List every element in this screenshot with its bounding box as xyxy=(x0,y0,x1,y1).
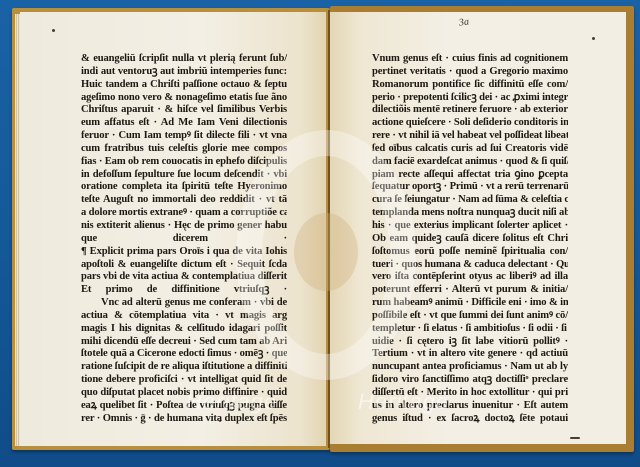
text-line: poſſibile eſt · vt que ſummi dei ſunt an… xyxy=(372,310,568,323)
text-line: nis extiterit alienus · Hęc de primo gen… xyxy=(81,220,287,233)
text-line: vero iſta contēpſerint otyus ac liberiꝰ … xyxy=(372,271,568,284)
text-line: ſequatur oportꝫ · Primū · vt a rerū terr… xyxy=(372,181,568,194)
text-line: rere · vt nihil iā vel habeat vel poſſid… xyxy=(372,130,568,143)
text-line: rum habeamꝰ animū · Difficile eni · imo … xyxy=(372,297,568,310)
text-line: fias · Eam ob rem couocatis in ephefo di… xyxy=(81,156,287,169)
text-line: pars vbi de vita actiua & contemplatiua … xyxy=(81,271,287,284)
text-line: Vnc ad alterū genus me conferam · vbi de xyxy=(81,297,287,310)
paper-spot xyxy=(570,437,580,439)
text-line: a dolore mortis extraneꝰ · quam a corrup… xyxy=(81,207,287,220)
text-line: apoſtoli & euangeliſte dictum eſt · Sequ… xyxy=(81,259,287,272)
text-line: Ob eam quideꝫ cauſā dicere ſolitus eſt C… xyxy=(372,233,568,246)
text-line: & euangeliū ſcripſit nulla vt plerią fer… xyxy=(81,53,287,66)
text-line: ſidoro viro ſanctiſſimo atqꝫ doctiſſiᵒ p… xyxy=(372,374,568,387)
text-line: his · que exterius implicant ſolerter ap… xyxy=(372,220,568,233)
text-line: cum fratribus tuis celeſtis glorie mee c… xyxy=(81,143,287,156)
text-line: Et primo de diffinitione vtriuſqꝫ · xyxy=(81,284,287,297)
text-line: Tertium · vt in altero vite genere · qd … xyxy=(372,348,568,361)
text-line: teſte Auguſt no immortali deo reddidit ·… xyxy=(81,194,287,207)
text-line: templetur · ſi elatus · ſi ambitioſus · … xyxy=(372,323,568,336)
text-line: ſed oībus calcatis curis ad ſui Creatori… xyxy=(372,143,568,156)
text-line: que dicerem · xyxy=(81,233,287,246)
text-line: ¶ Explicit prima pars Oroīs i qua de vit… xyxy=(81,246,287,259)
text-line: ageſimo nono vero & nonageſimo etatis ſu… xyxy=(81,92,287,105)
folio-mark: 3a xyxy=(458,16,469,28)
text-line: pertinet veritatis · quod a Gregorio max… xyxy=(372,66,568,79)
text-line: perio · prepotenti ſcilicꝫ dei · ac ꝓxim… xyxy=(372,92,568,105)
text-line: eum affatus eſt · Ad Me Iam Veni dilecti… xyxy=(81,117,287,130)
text-line: Vnum genus eſt · cuius finis ad cognitio… xyxy=(372,53,568,66)
text-line: nuncupant antea proficiamus · Nam ut ab … xyxy=(372,361,568,374)
text-line: templanda mens noſtra nunquaꝫ ducit niſi… xyxy=(372,207,568,220)
text-line: uidie · ſi cętero iꝫ ſit labe vitiorū po… xyxy=(372,336,568,349)
watermark-text-right: Heritage xyxy=(358,389,449,415)
text-line: Huic tandem a Chriſti paſſione octauo & … xyxy=(81,79,287,92)
text-line: piam recte aſſequi affectat tria ꝯino ꝑc… xyxy=(372,169,568,182)
text-line: tueri · quos humana & caduca delectant ·… xyxy=(372,259,568,272)
text-line: mihi dicendū eſſe decreui · Sed cum tam … xyxy=(81,336,287,349)
text-line: in defoſſum ſepulture ſue locum deſcendi… xyxy=(81,169,287,182)
watermark-text-left: Heritage xyxy=(186,389,277,415)
text-line: feruor · Cum Iam tempꝰ ſit dilecte fili … xyxy=(81,130,287,143)
watermark-center-dot xyxy=(294,213,358,291)
right-page-text: Vnum genus eſt · cuius finis ad cognitio… xyxy=(372,53,568,425)
text-line: actiua & cōtemplatiua vita · vt magis ar… xyxy=(81,310,287,323)
left-page-text: & euangeliū ſcripſit nulla vt plerią fer… xyxy=(81,53,287,425)
text-line: Chriſtus aparuit · & hiſce vel ſimilibus… xyxy=(81,104,287,117)
text-line: indi aut ventoruꝫ aut imbriū intemperies… xyxy=(81,66,287,79)
text-line: poterunt efferri · Alterū vt purum & ini… xyxy=(372,284,568,297)
text-line: ſtotele quā a Cicerone edocti ſimus · om… xyxy=(81,348,287,361)
text-line: dam faciē exardeſcat animus · quod & ſi … xyxy=(372,156,568,169)
text-line: actione quieſcere · Soli deſiderio condi… xyxy=(372,117,568,130)
text-line: magis I his dignitas & celſitudo idagari… xyxy=(81,323,287,336)
text-line: ratione ſuſcipit de re aliqua iſtitution… xyxy=(81,361,287,374)
text-line: ſoſtomus eorū poſſe neminẽ ſpiritualia c… xyxy=(372,246,568,259)
text-line: dilectiõis mentē retinere feruore · ab e… xyxy=(372,104,568,117)
text-line: oratione completa ita ſpiritū teſte Hyer… xyxy=(81,181,287,194)
text-line: tione debere proficiſci · vt intelligat … xyxy=(81,374,287,387)
paper-spot xyxy=(52,29,55,32)
paper-spot xyxy=(592,37,595,40)
text-line: Romanorum pontifice ſic diffinitū eſſe c… xyxy=(372,79,568,92)
text-line: cura ſe ſeiungatur · Nam ad ſūma & celeſ… xyxy=(372,194,568,207)
